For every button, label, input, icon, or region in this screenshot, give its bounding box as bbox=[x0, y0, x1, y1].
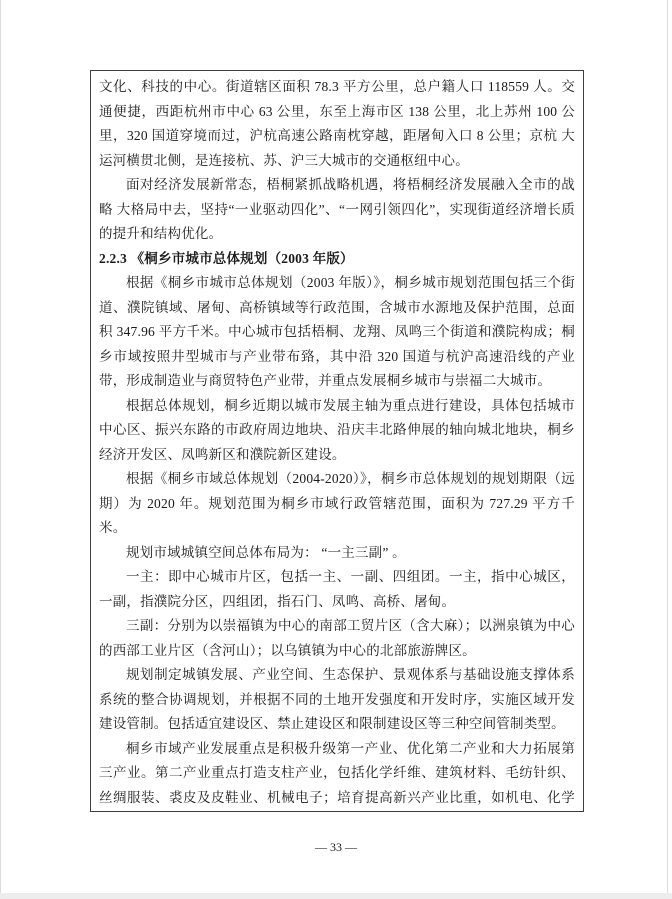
paragraph: 根据总体规划，桐乡近期以城市发展主轴为重点进行建设，具体包括城市中心区、振兴东路… bbox=[99, 394, 575, 468]
page-edge-bottom bbox=[0, 893, 672, 899]
paragraph: 三副：分别为以崇福镇为中心的南部工贸片区（含大麻）；以洲泉镇为中心的西部工业片区… bbox=[99, 614, 575, 663]
paragraph: 面对经济发展新常态，梧桐紧抓战略机遇，将梧桐经济发展融入全市的战略 大格局中去，… bbox=[99, 173, 575, 247]
paragraph: 根据《桐乡市域总体规划（2004-2020）》，桐乡市总体规划的规划期限（远期）… bbox=[99, 467, 575, 541]
paragraph: 桐乡市域产业发展重点是积极升级第一产业、优化第二产业和大力拓展第三产业。第二产业… bbox=[99, 737, 575, 813]
section-heading: 2.2.3 《桐乡市城市总体规划（2003 年版） bbox=[99, 247, 575, 272]
page-edge-left bbox=[0, 0, 1, 893]
paragraph: 根据《桐乡市城市总体规划（2003 年版）》，桐乡城市规划范围包括三个街道、濮院… bbox=[99, 271, 575, 394]
page-edge-right bbox=[667, 0, 668, 893]
paragraph: 规划市域城镇空间总体布局为： “一主三副” 。 bbox=[99, 541, 575, 566]
paragraph: 文化、科技的中心。街道辖区面积 78.3 平方公里，总户籍人口 118559 人… bbox=[99, 75, 575, 173]
page-number: — 33 — bbox=[0, 840, 672, 855]
paragraph: 规划制定城镇发展、产业空间、生态保护、景观体系与基础设施支撑体系系统的整合协调规… bbox=[99, 663, 575, 737]
text-frame: 文化、科技的中心。街道辖区面积 78.3 平方公里，总户籍人口 118559 人… bbox=[90, 70, 584, 812]
paragraph: 一主：即中心城市片区，包括一主、一副、四组团。一主，指中心城区，一副，指濮院分区… bbox=[99, 565, 575, 614]
